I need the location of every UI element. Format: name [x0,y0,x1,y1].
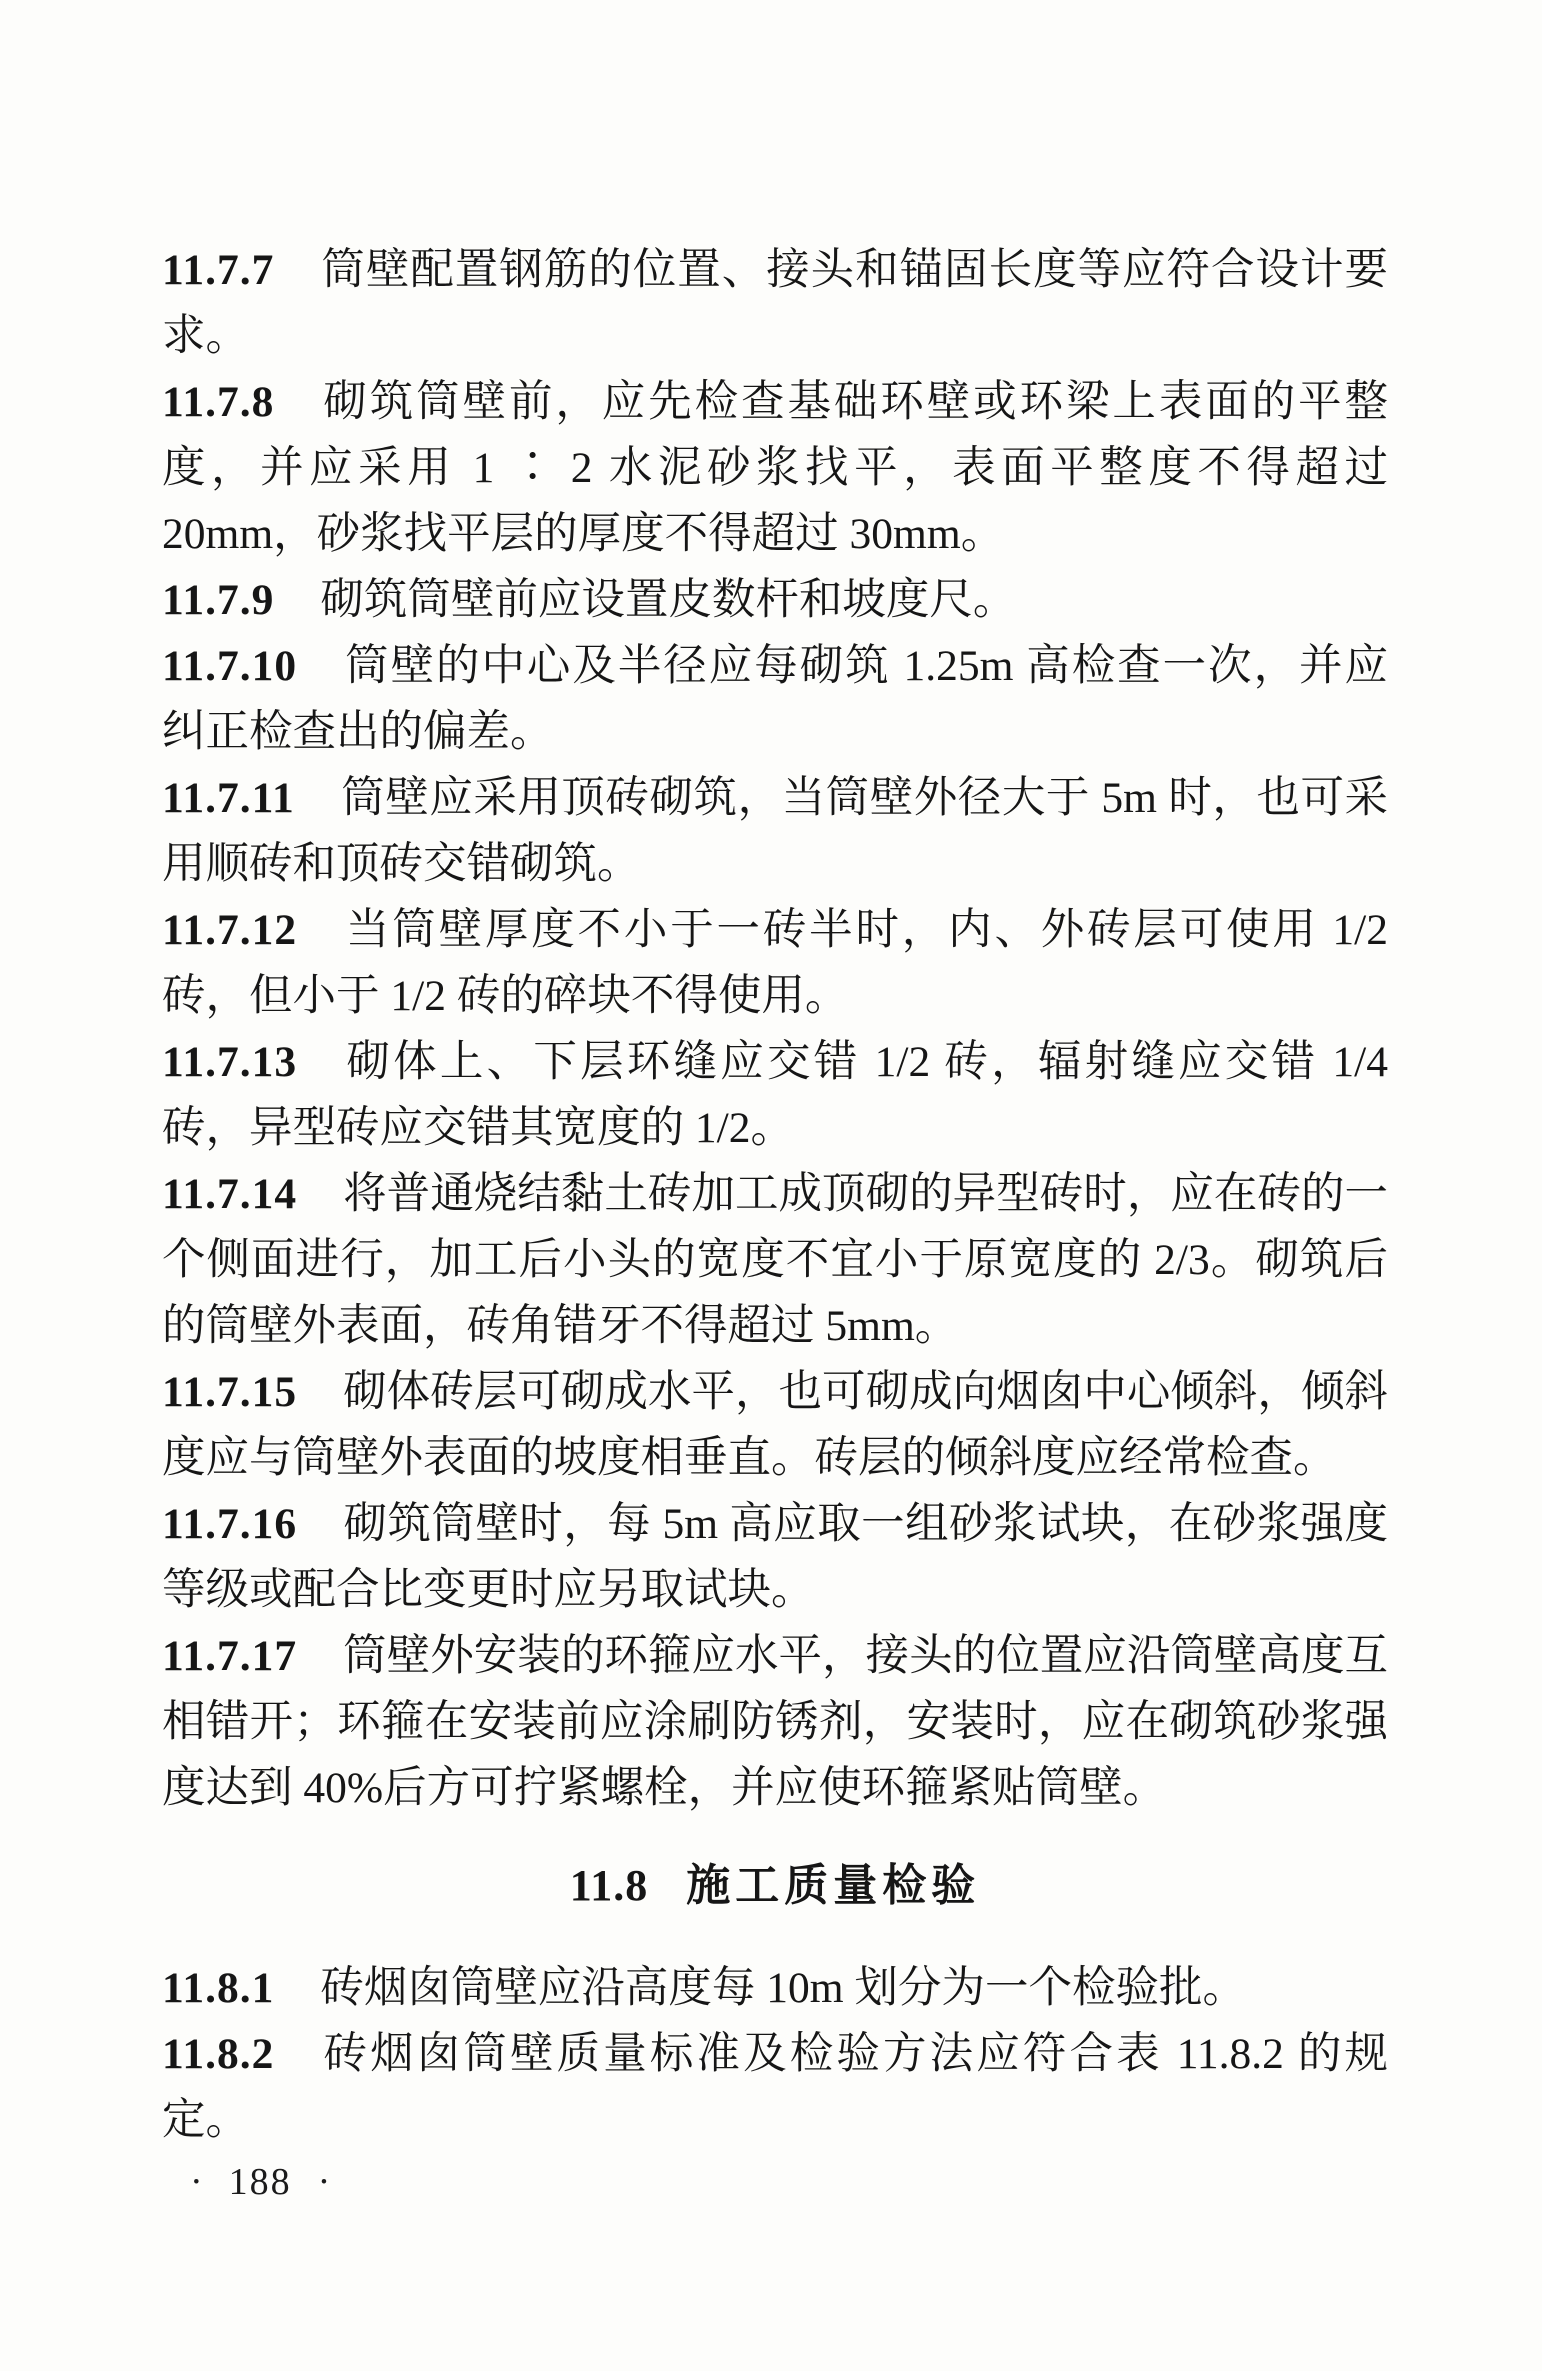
clause-11-7-8: 11.7.8砌筑筒壁前，应先检查基础环壁或环梁上表面的平整度，并应采用 1 ∶ … [162,369,1388,567]
clause-number: 11.7.10 [162,642,343,690]
clause-11-7-10: 11.7.10筒壁的中心及半径应每砌筑 1.25m 高检查一次，并应纠正检查出的… [162,633,1388,765]
clause-number: 11.7.7 [162,246,320,294]
clause-11-7-12: 11.7.12当筒壁厚度不小于一砖半时，内、外砖层可使用 1/2 砖，但小于 1… [162,897,1388,1029]
footer-dot-left: · [190,2161,203,2203]
clause-number: 11.7.16 [162,1500,343,1548]
clause-11-7-11: 11.7.11筒壁应采用顶砖砌筑，当筒壁外径大于 5m 时，也可采用顺砖和顶砖交… [162,765,1388,897]
clause-number: 11.8.1 [162,1964,320,2012]
clause-11-7-9: 11.7.9砌筑筒壁前应设置皮数杆和坡度尺。 [162,567,1388,633]
page-footer: ·188· [162,2161,1388,2203]
page-number: 188 [229,2161,292,2203]
clause-number: 11.7.12 [162,906,343,954]
clause-number: 11.7.13 [162,1038,343,1086]
clause-text: 筒壁应采用顶砖砌筑，当筒壁外径大于 5m 时，也可采用顺砖和顶砖交错砌筑。 [162,774,1388,888]
clause-11-7-14: 11.7.14将普通烧结黏土砖加工成顶砌的异型砖时，应在砖的一个侧面进行，加工后… [162,1161,1388,1359]
footer-dot-right: · [318,2161,331,2203]
clause-text: 砌体上、下层环缝应交错 1/2 砖，辐射缝应交错 1/4 砖，异型砖应交错其宽度… [162,1038,1388,1152]
document-body: 11.7.7筒壁配置钢筋的位置、接头和锚固长度等应符合设计要求。 11.7.8砌… [162,237,1388,2203]
clause-11-7-15: 11.7.15砌体砖层可砌成水平，也可砌成向烟囱中心倾斜，倾斜度应与筒壁外表面的… [162,1359,1388,1491]
clause-text: 砌筑筒壁前，应先检查基础环壁或环梁上表面的平整度，并应采用 1 ∶ 2 水泥砂浆… [162,378,1388,558]
clause-number: 11.7.9 [162,576,320,624]
clause-11-7-13: 11.7.13砌体上、下层环缝应交错 1/2 砖，辐射缝应交错 1/4 砖，异型… [162,1029,1388,1161]
clause-11-8-2: 11.8.2砖烟囱筒壁质量标准及检验方法应符合表 11.8.2 的规定。 [162,2021,1388,2153]
clause-11-7-17: 11.7.17筒壁外安装的环箍应水平，接头的位置应沿筒壁高度互相错开；环箍在安装… [162,1623,1388,1821]
clause-number: 11.7.14 [162,1170,343,1218]
clause-text: 砌筑筒壁前应设置皮数杆和坡度尺。 [320,576,1016,624]
clause-text: 砌体砖层可砌成水平，也可砌成向烟囱中心倾斜，倾斜度应与筒壁外表面的坡度相垂直。砖… [162,1368,1388,1482]
clause-11-7-16: 11.7.16砌筑筒壁时，每 5m 高应取一组砂浆试块，在砂浆强度等级或配合比变… [162,1491,1388,1623]
clause-text: 砖烟囱筒壁质量标准及检验方法应符合表 11.8.2 的规定。 [162,2030,1388,2144]
clause-text: 筒壁的中心及半径应每砌筑 1.25m 高检查一次，并应纠正检查出的偏差。 [162,642,1388,756]
clause-number: 11.7.8 [162,378,320,426]
clause-text: 当筒壁厚度不小于一砖半时，内、外砖层可使用 1/2 砖，但小于 1/2 砖的碎块… [162,906,1388,1020]
clause-number: 11.8.2 [162,2030,320,2078]
clause-number: 11.7.15 [162,1368,343,1416]
clause-text: 砖烟囱筒壁应沿高度每 10m 划分为一个检验批。 [320,1964,1246,2012]
clause-11-8-1: 11.8.1砖烟囱筒壁应沿高度每 10m 划分为一个检验批。 [162,1955,1388,2021]
clause-number: 11.7.11 [162,774,341,822]
section-heading-number: 11.8 [570,1861,687,1910]
clause-text: 筒壁配置钢筋的位置、接头和锚固长度等应符合设计要求。 [162,246,1388,360]
clause-11-7-7: 11.7.7筒壁配置钢筋的位置、接头和锚固长度等应符合设计要求。 [162,237,1388,369]
section-heading-11-8: 11.8施工质量检验 [162,1853,1388,1919]
clause-text: 将普通烧结黏土砖加工成顶砌的异型砖时，应在砖的一个侧面进行，加工后小头的宽度不宜… [162,1170,1388,1350]
clause-text: 筒壁外安装的环箍应水平，接头的位置应沿筒壁高度互相错开；环箍在安装前应涂刷防锈剂… [162,1632,1388,1812]
clause-number: 11.7.17 [162,1632,343,1680]
section-heading-title: 施工质量检验 [686,1861,980,1910]
document-page: 11.7.7筒壁配置钢筋的位置、接头和锚固长度等应符合设计要求。 11.7.8砌… [0,0,1542,2371]
clause-text: 砌筑筒壁时，每 5m 高应取一组砂浆试块，在砂浆强度等级或配合比变更时应另取试块… [162,1500,1388,1614]
